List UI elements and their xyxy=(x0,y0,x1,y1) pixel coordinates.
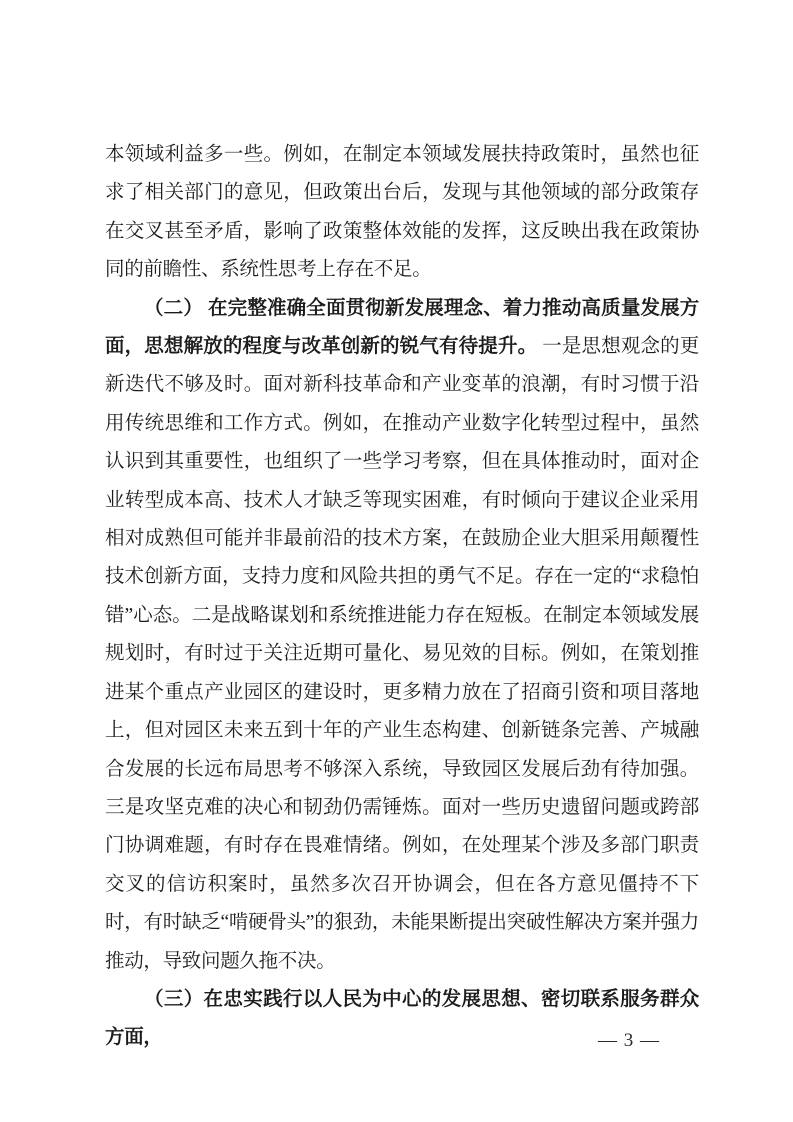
paragraph-continuation: 本领域利益多一些。例如，在制定本领域发展扶持政策时，虽然也征求了相关部门的意见，… xyxy=(105,136,699,290)
body-text: 一是思想观念的更新迭代不够及时。面对新科技革命和产业变革的浪潮，有时习惯于沿用传… xyxy=(105,336,699,972)
body-text: 本领域利益多一些。例如，在制定本领域发展扶持政策时，虽然也征求了相关部门的意见，… xyxy=(105,144,699,280)
page-number: — 3 — xyxy=(598,1029,678,1053)
document-body: 本领域利益多一些。例如，在制定本领域发展扶持政策时，虽然也征求了相关部门的意见，… xyxy=(105,136,699,1058)
paragraph-section-2: （二） 在完整准确全面贯彻新发展理念、着力推动高质量发展方面，思想解放的程度与改… xyxy=(105,290,699,981)
document-page: 本领域利益多一些。例如，在制定本领域发展扶持政策时，虽然也征求了相关部门的意见，… xyxy=(0,0,793,1122)
